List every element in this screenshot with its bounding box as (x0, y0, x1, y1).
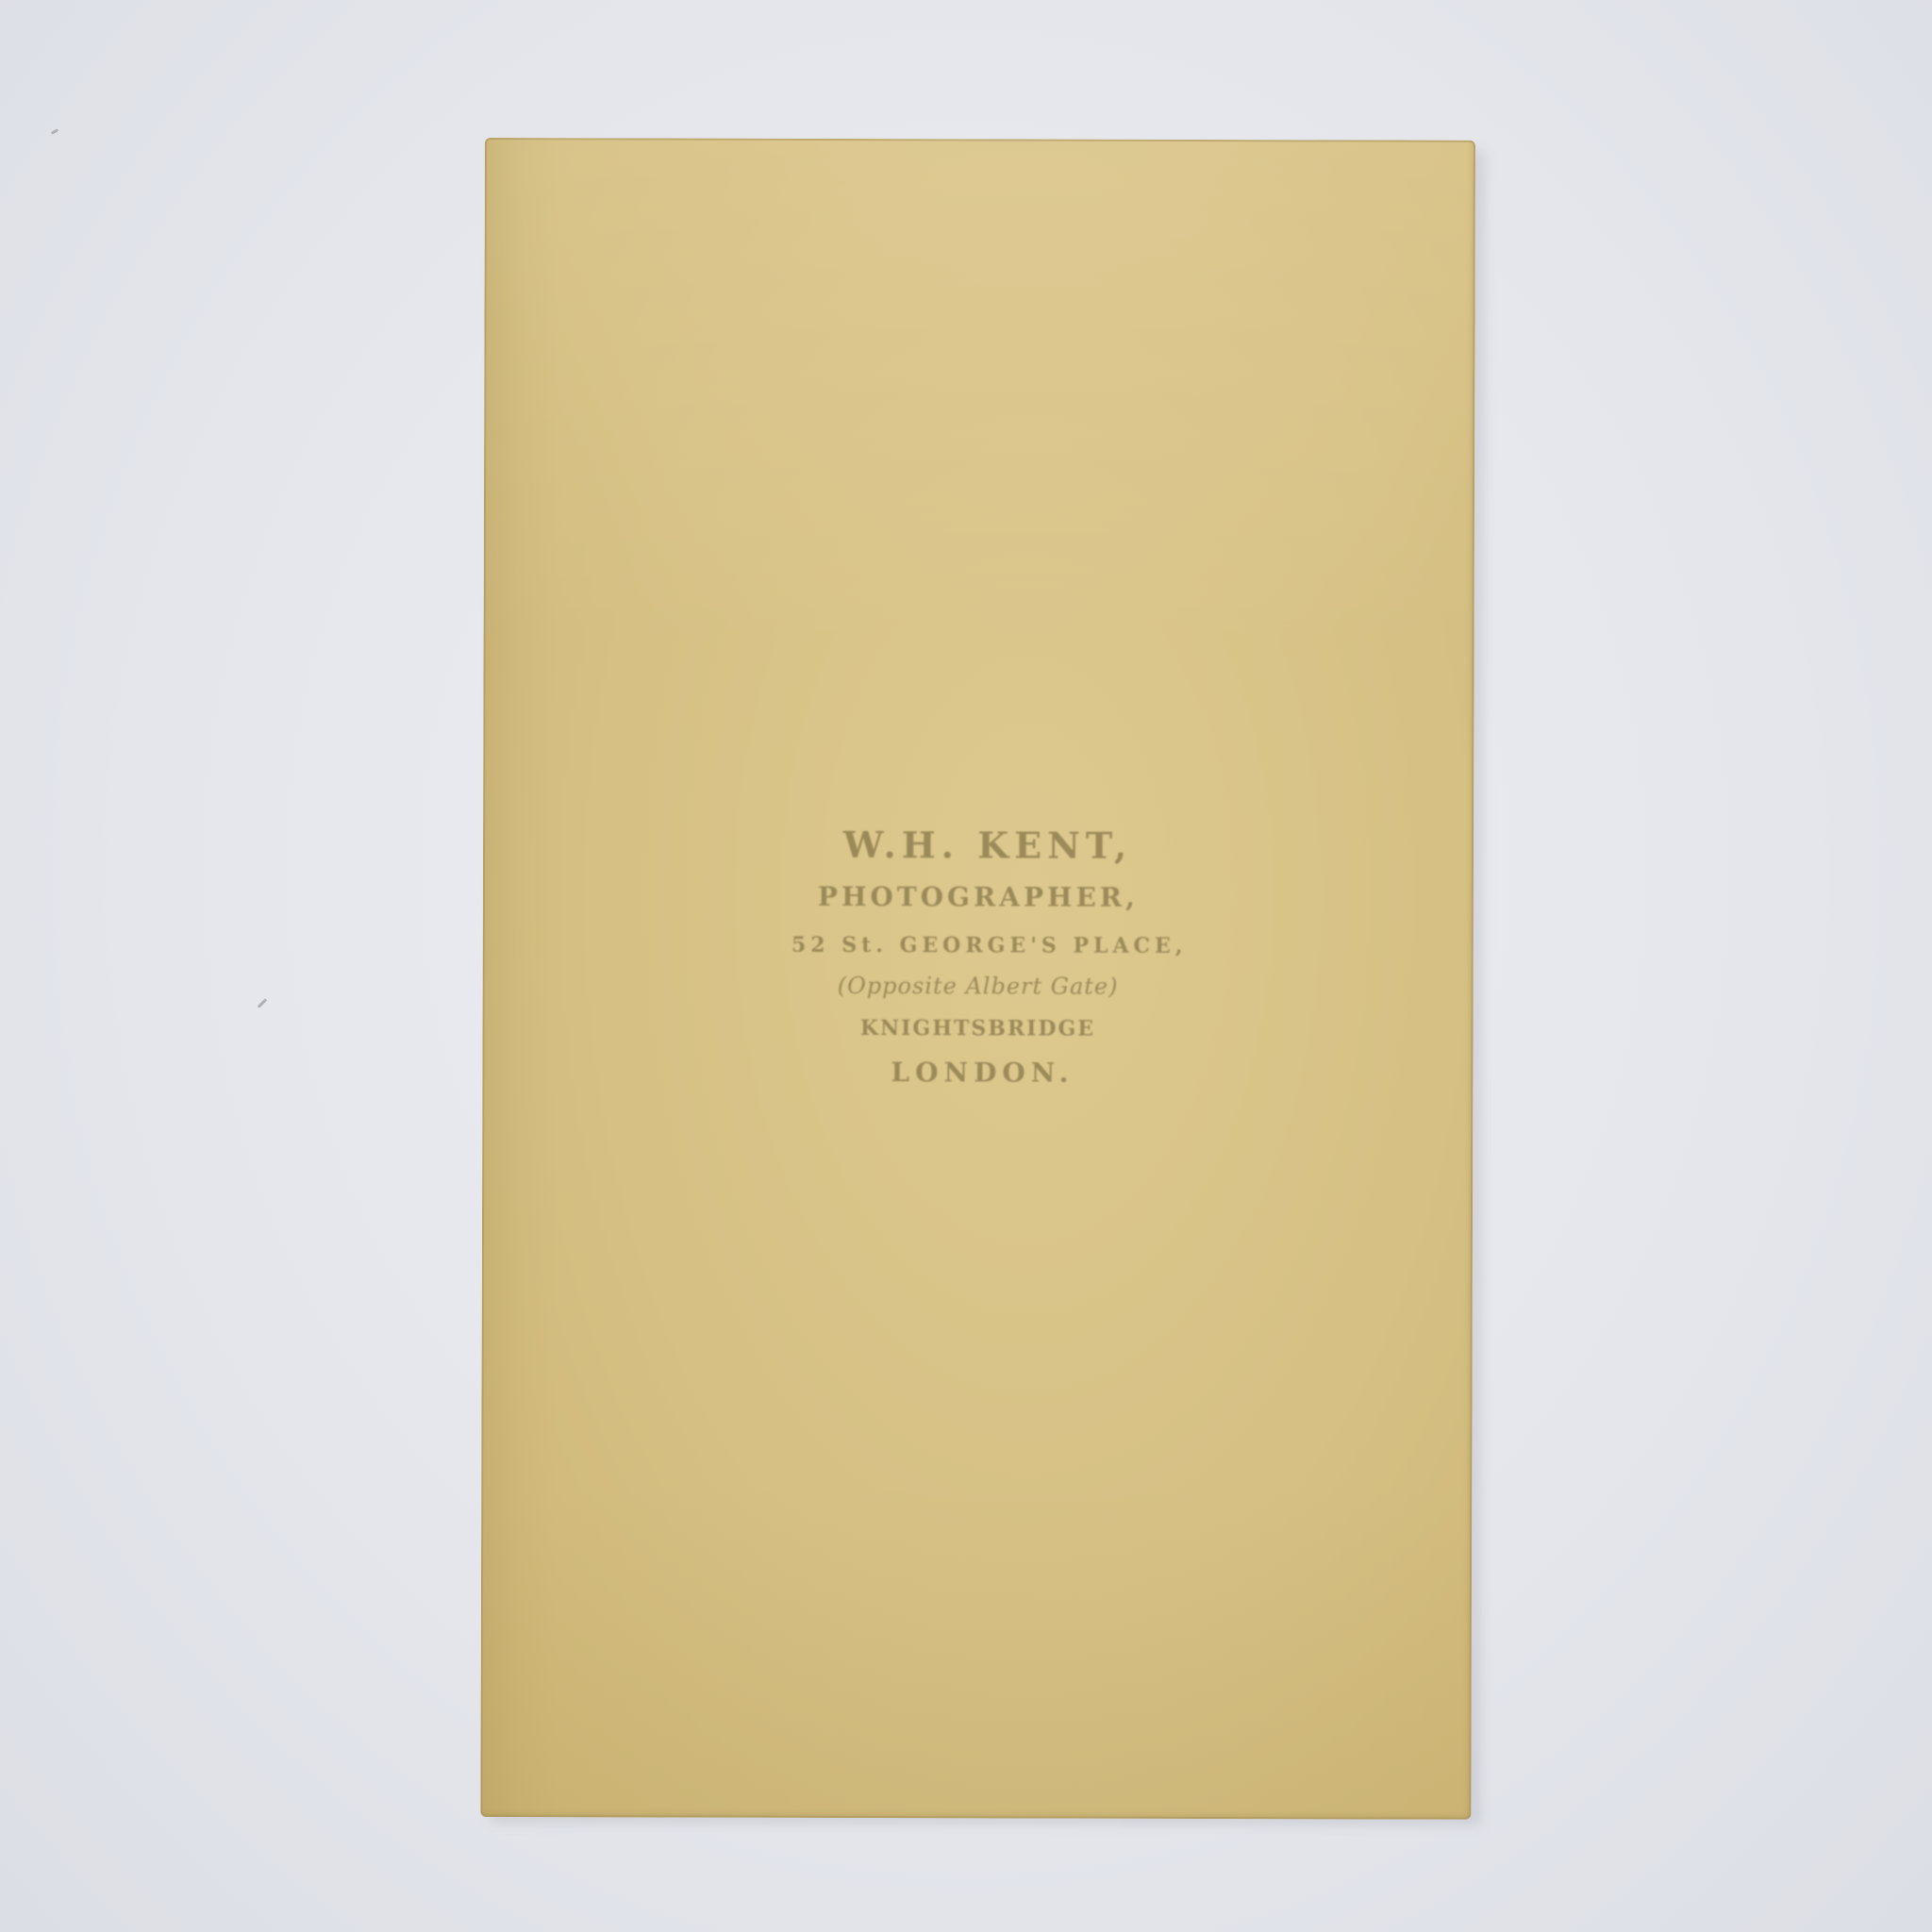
address-note: (Opposite Albert Gate) (483, 974, 1474, 999)
photographer-imprint: W.H. KENT, PHOTOGRAPHER, 52 St. GEORGE'S… (482, 826, 1474, 1088)
background-speck (258, 998, 268, 1008)
photo-card-back: W.H. KENT, PHOTOGRAPHER, 52 St. GEORGE'S… (480, 138, 1475, 1820)
photographer-name: W.H. KENT, (483, 826, 1474, 865)
studio-district: KNIGHTSBRIDGE (483, 1017, 1474, 1041)
background-speck (51, 128, 58, 135)
studio-address: 52 St. GEORGE'S PLACE, (483, 934, 1474, 958)
photographer-profession: PHOTOGRAPHER, (483, 883, 1474, 912)
studio-city: LONDON. (482, 1058, 1473, 1088)
